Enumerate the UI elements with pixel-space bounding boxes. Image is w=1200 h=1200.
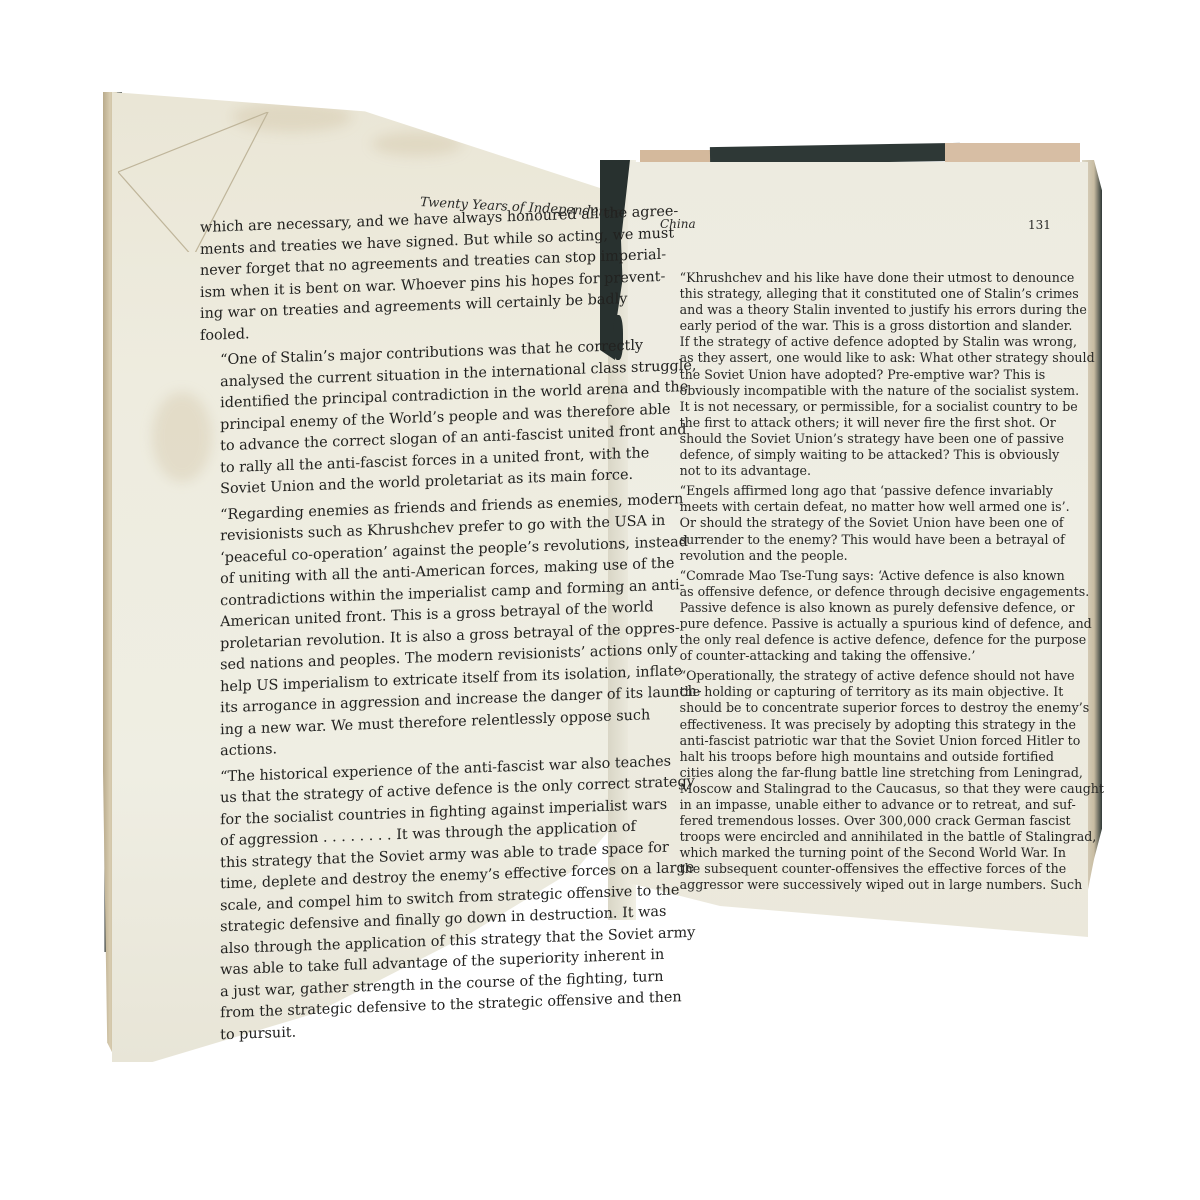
text-line: this strategy, alleging that it constitu… — [662, 286, 1017, 302]
paragraph: “The historical experience of the anti-f… — [200, 754, 600, 1047]
text-line: “Engels affirmed long ago that ‘passive … — [662, 483, 1017, 499]
text-line: not to its advantage. — [662, 463, 1017, 479]
text-line: as offensive defence, or defence through… — [662, 584, 1017, 600]
paragraph: which are necessary, and we have always … — [200, 204, 600, 347]
text-line: anti-fascist patriotic war that the Sovi… — [662, 733, 1017, 749]
text-line: Or should the strategy of the Soviet Uni… — [662, 515, 1017, 531]
text-line: troops were encircled and annihilated in… — [662, 829, 1017, 845]
text-line: of counter-attacking and taking the offe… — [662, 648, 1017, 664]
left-page-body: which are necessary, and we have always … — [200, 204, 600, 1047]
text-line: effectiveness. It was precisely by adopt… — [662, 717, 1017, 733]
text-line: cities along the far-flung battle line s… — [662, 765, 1017, 781]
text-line: Moscow and Stalingrad to the Caucasus, s… — [662, 781, 1017, 797]
paragraph: “Engels affirmed long ago that ‘passive … — [662, 483, 1017, 563]
text-line: in an impasse, unable either to advance … — [662, 797, 1017, 813]
text-line: surrender to the enemy? This would have … — [662, 532, 1017, 548]
text-line: meets with certain defeat, no matter how… — [662, 499, 1017, 515]
paragraph: “Comrade Mao Tse-Tung says: ‘Active defe… — [662, 568, 1017, 665]
text-line: halt his troops before high mountains an… — [662, 749, 1017, 765]
paragraph: “Operationally, the strategy of active d… — [662, 668, 1017, 893]
text-line: should be to concentrate superior forces… — [662, 700, 1017, 716]
text-line: the Soviet Union have adopted? Pre-empti… — [662, 367, 1017, 383]
text-line: Passive defence is also known as purely … — [662, 600, 1017, 616]
text-line: the subsequent counter-offensives the ef… — [662, 861, 1017, 877]
text-line: should the Soviet Union’s strategy have … — [662, 431, 1017, 447]
text-line: “Khrushchev and his like have done their… — [662, 270, 1017, 286]
text-line: “Comrade Mao Tse-Tung says: ‘Active defe… — [662, 568, 1017, 584]
text-line: the first to attack others; it will neve… — [662, 415, 1017, 431]
text-line: aggressor were successively wiped out in… — [662, 877, 1017, 893]
text-line: early period of the war. This is a gross… — [662, 318, 1017, 334]
paragraph: “Khrushchev and his like have done their… — [662, 270, 1017, 479]
text-line: fered tremendous losses. Over 300,000 cr… — [662, 813, 1017, 829]
book-cover-top-right — [710, 143, 960, 165]
text-line: If the strategy of active defence adopte… — [662, 334, 1017, 350]
text-line: “Operationally, the strategy of active d… — [662, 668, 1017, 684]
text-line: It is not necessary, or permissible, for… — [662, 399, 1017, 415]
paragraph: “One of Stalin’s major contributions was… — [200, 337, 600, 501]
text-line: revolution and the people. — [662, 548, 1017, 564]
text-line: the only real defence is active defence,… — [662, 632, 1017, 648]
text-line: pure defence. Passive is actually a spur… — [662, 616, 1017, 632]
text-line: as they assert, one would like to ask: W… — [662, 350, 1017, 366]
water-stain — [372, 132, 462, 156]
text-line: defence, of simply waiting to be attacke… — [662, 447, 1017, 463]
open-book: Twenty Years of Independence China 131 w… — [0, 0, 1200, 1200]
right-page-body: “Khrushchev and his like have done their… — [662, 266, 1017, 894]
page-number: 131 — [1028, 218, 1051, 232]
paragraph: “Regarding enemies as friends and friend… — [200, 492, 600, 764]
text-line: and was a theory Stalin invented to just… — [662, 302, 1017, 318]
worn-cover-edge — [945, 143, 1080, 163]
text-line: which marked the turning point of the Se… — [662, 845, 1017, 861]
text-line: the holding or capturing of territory as… — [662, 684, 1017, 700]
text-line: obviously incompatible with the nature o… — [662, 383, 1017, 399]
